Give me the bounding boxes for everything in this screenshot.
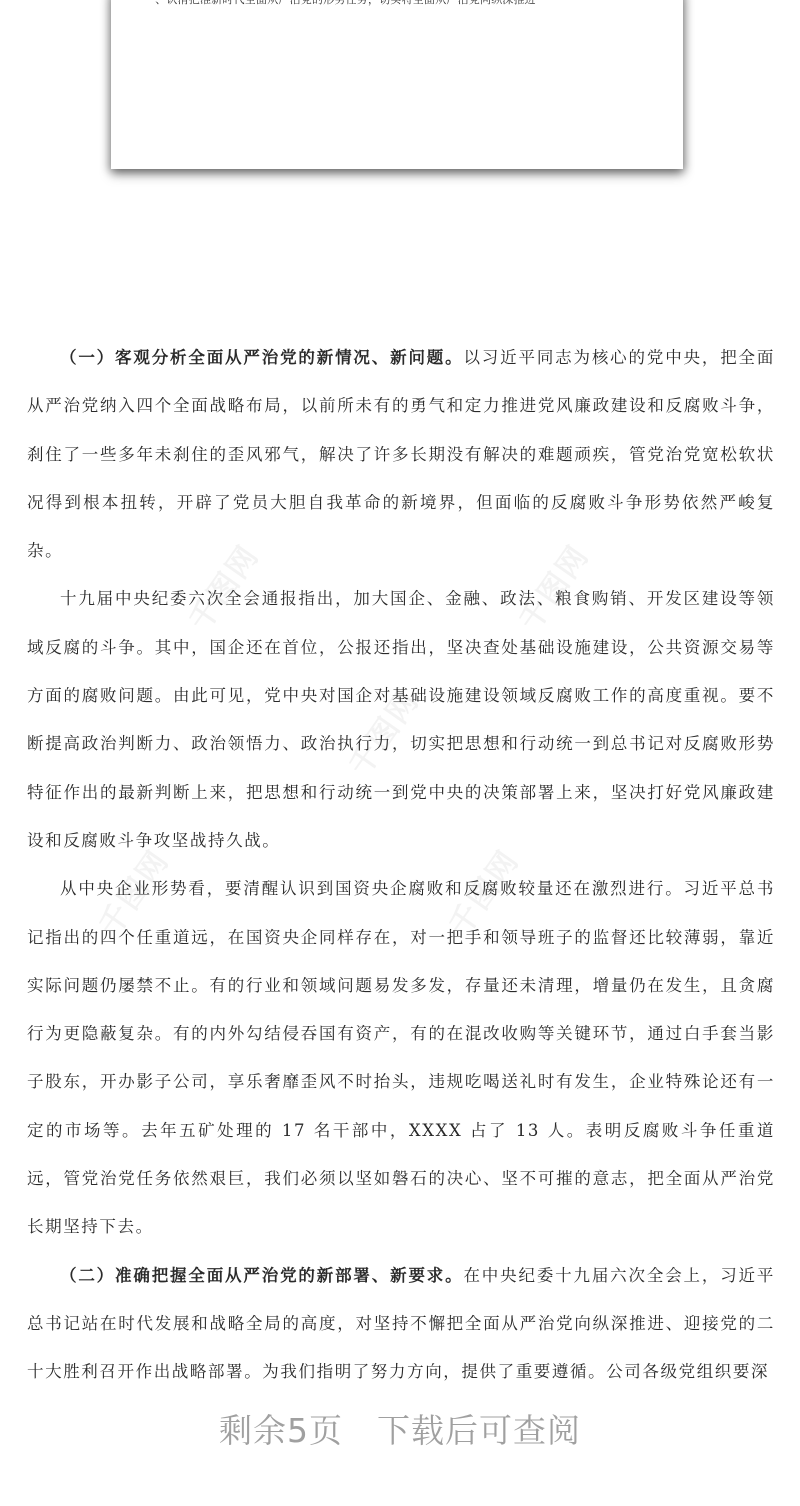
paragraph-text: 以习近平同志为核心的党中央，把全面从严治党纳入四个全面战略布局，以前所未有的勇气… [27,348,775,560]
paragraph: 从中央企业形势看，要清醒认识到国资央企腐败和反腐败较量还在激烈进行。习近平总书记… [27,865,775,1251]
remaining-pages-label: 剩余5页 [219,1411,343,1450]
paragraph: 十九届中央纪委六次全会通报指出，加大国企、金融、政法、粮食购销、开发区建设等领域… [27,575,775,865]
paragraph-lead-heading: （二）准确把握全面从严治党的新部署、新要求。 [60,1266,463,1285]
paragraph-text: 十九届中央纪委六次全会通报指出，加大国企、金融、政法、粮食购销、开发区建设等领域… [27,589,775,849]
download-prompt-label: 下载后可查阅 [377,1411,581,1450]
paragraph-lead-heading: （一）客观分析全面从严治党的新情况、新问题。 [60,348,463,367]
document-body: （一）客观分析全面从严治党的新情况、新问题。以习近平同志为核心的党中央，把全面从… [27,334,775,1397]
download-to-read-banner[interactable]: 剩余5页下载后可查阅 [0,1405,800,1452]
document-preview-card: 一、认清把准新时代全面从严治党的形势任务，切实将全面从严治党向纵深推进 [111,0,683,169]
paragraph: （二）准确把握全面从严治党的新部署、新要求。在中央纪委十九届六次全会上，习近平总… [27,1252,775,1397]
paragraph-text: 从中央企业形势看，要清醒认识到国资央企腐败和反腐败较量还在激烈进行。习近平总书记… [27,879,775,1236]
section-heading: 一、认清把准新时代全面从严治党的形势任务，切实将全面从严治党向纵深推进 [144,0,536,6]
paragraph: （一）客观分析全面从严治党的新情况、新问题。以习近平同志为核心的党中央，把全面从… [27,334,775,575]
